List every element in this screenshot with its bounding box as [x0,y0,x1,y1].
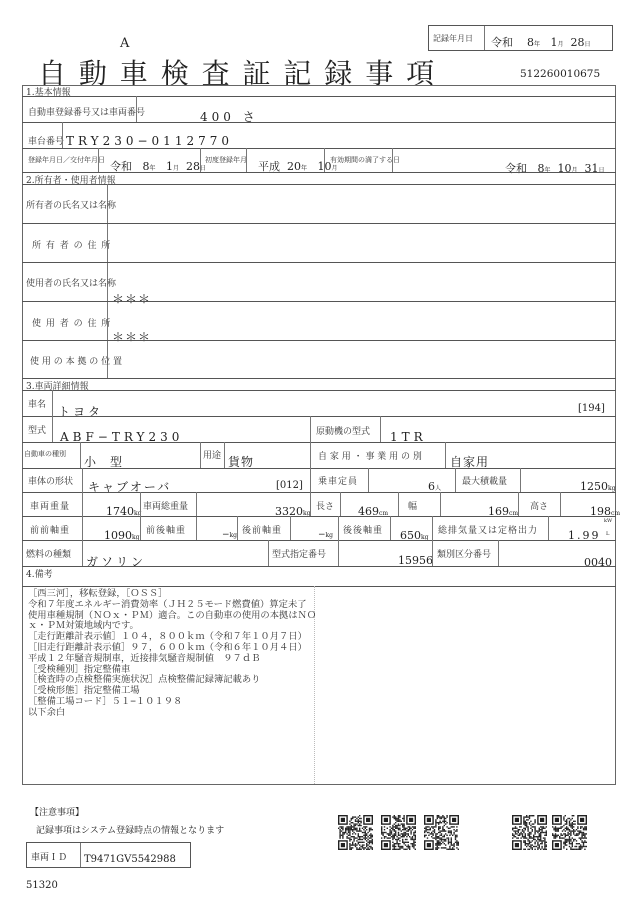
rr-axle-label: 後後軸重 [343,523,383,536]
qr-code-5-icon [552,815,587,850]
section-remarks: 4.備考 [26,567,53,580]
footer-code: 51320 [26,880,58,891]
user-address: ＊＊＊ [112,328,151,345]
capacity-label: 乗車定員 [318,474,358,487]
user-name: ＊＊＊ [112,290,151,307]
car-name: トヨタ [58,403,103,420]
vehicle-id-box: 車両ＩＤ T9471GV5542988 [26,842,191,868]
qr-code-3-icon [424,815,459,850]
length-label: 長さ [316,499,334,512]
fuel: ガソリン [86,553,146,570]
displacement-unit-bottom: L [606,531,609,537]
fr-axle: −kg [222,530,237,540]
height-label: 高さ [530,499,548,512]
fuel-label: 燃料の種類 [26,547,71,560]
vehicle-id-value: T9471GV5542988 [84,854,176,865]
max-load-label: 最大積載量 [462,474,507,487]
registration-date-label: 登録年月日／交付年月日 [28,155,105,165]
car-name-label: 車名 [28,397,46,410]
engine-model-label: 原動機の型式 [316,424,370,437]
vehicle-id-label: 車両ＩＤ [31,850,67,863]
usage-label: 用途 [203,448,221,461]
type-designation-label: 型式指定番号 [272,547,326,560]
vehicle-type-label: 自動車の種別 [24,449,66,459]
qr-code-2-icon [381,815,416,850]
notes-text: 記録事項はシステム登録時点の情報となります [36,823,224,836]
user-name-label: 使用者の氏名又は名称 [26,276,116,289]
chassis-number: TRY230−0112770 [66,134,233,148]
gross-weight-label: 車両総重量 [143,499,188,512]
owner-address-label: 所 有 者 の 住 所 [32,238,111,251]
rf-axle: −kg [318,530,333,540]
remarks-line: 平成１２年騒音規制車，近接排気騒音規制値 ９７ｄＢ [28,654,316,665]
ff-axle-label: 前前軸重 [30,523,70,536]
remarks-text: ［西三河］，移転登録，［ＯＳＳ］令和７年度エネルギー消費効率（ＪＨ２５モード燃費… [28,589,316,719]
qr-code-4-icon [512,815,547,850]
first-registration-label: 初度登録年月 [205,155,247,165]
document-number: 512260010675 [520,68,600,80]
private-business-label: 自 家 用 ・ 事 業 用 の 別 [318,449,422,462]
base-location-label: 使 用 の 本 拠 の 位 置 [30,354,122,367]
expiry-label: 有効期間の満了する日 [330,155,400,165]
expiry-date: 令和 8年 10月 31日 [505,160,605,176]
displacement-label: 総排気量又は定格出力 [438,523,538,536]
chassis-number-label: 車台番号 [28,134,64,147]
remarks-line: 令和７年度エネルギー消費効率（ＪＨ２５モード燃費値）算定未了 [28,600,316,611]
qr-code-1-icon [338,815,373,850]
body-shape-code: [012] [276,480,303,491]
record-date-box: 記録年月日 令和 8年 1月 28日 [428,25,613,51]
body-shape-label: 車体の形状 [28,474,73,487]
registration-number-label: 自動車登録番号又は車両番号 [28,105,145,118]
remarks-line: ［整備工場コード］５１−１０１９８ [28,697,316,708]
owner-name-label: 所有者の氏名又は名称 [26,198,116,211]
rf-axle-label: 後前軸重 [242,523,282,536]
car-name-code: [194] [578,403,605,414]
record-date-value: 令和 8年 1月 28日 [491,34,591,50]
remarks-line: 以下余白 [28,708,316,719]
vehicle-weight-label: 車両重量 [30,499,70,512]
fr-axle-label: 前後軸重 [146,523,186,536]
width-label: 幅 [408,499,417,512]
user-address-label: 使 用 者 の 住 所 [32,316,111,329]
category: 0040 [584,556,612,569]
displacement-unit-top: kW [604,518,612,524]
model-label: 型式 [28,423,46,436]
notes-title: 【注意事項】 [30,805,84,818]
form-letter: A [120,36,129,51]
record-date-label: 記録年月日 [433,33,473,44]
category-label: 類別区分番号 [437,547,491,560]
